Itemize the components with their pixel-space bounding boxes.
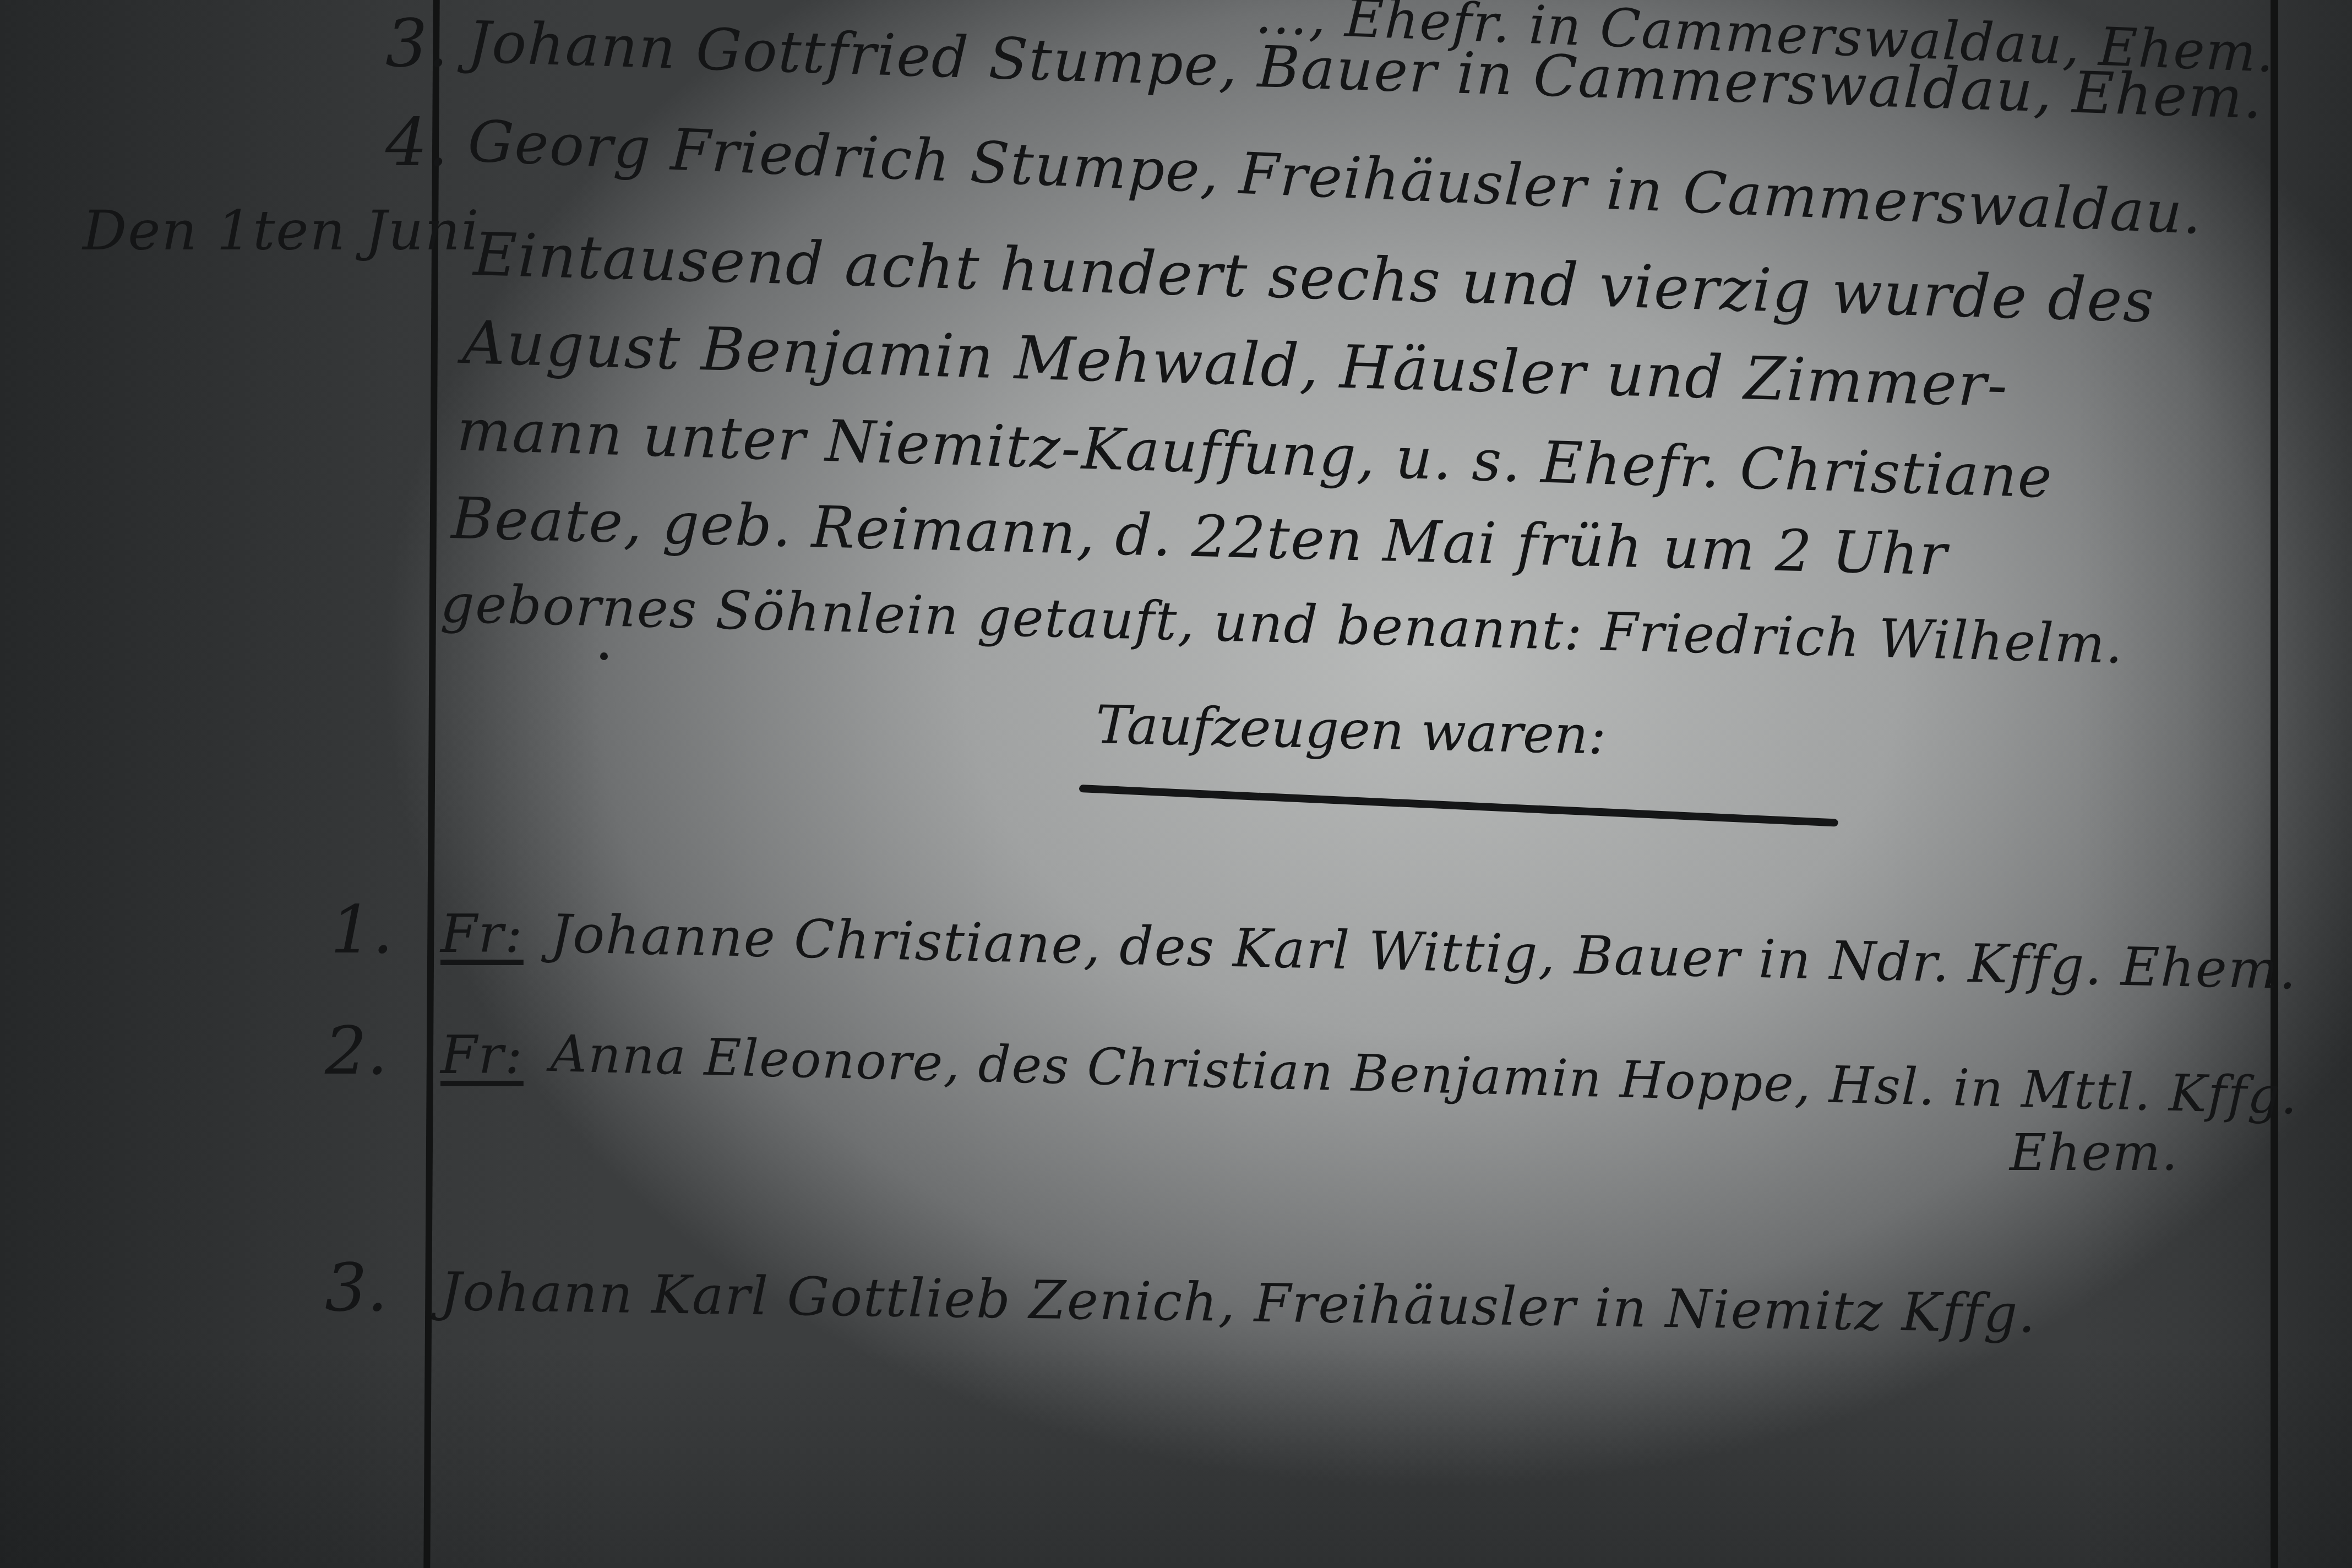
godparent-abbr: Fr: — [440, 1024, 524, 1086]
godparents-heading: Taufzeugen waren: — [1095, 694, 1607, 766]
entry-line-5: gebornes Söhnlein getauft, und benannt: … — [440, 573, 2125, 676]
godparent-number: 1. — [330, 892, 394, 968]
godparent-2: Anna Eleonore, des Christian Benjamin Ho… — [550, 1024, 2299, 1126]
right-ruling-line — [2271, 0, 2278, 1568]
godparent-1: Johanne Christiane, des Karl Wittig, Bau… — [550, 903, 2298, 1001]
margin-date: Den 1ten Juni — [83, 198, 480, 263]
register-page: …, Ehefr. in Cammerswaldau, Ehem. 3. Joh… — [0, 0, 2352, 1568]
godparent-number: 4. — [385, 105, 449, 181]
godparent-number: 3. — [325, 1250, 388, 1326]
heading-underline — [1079, 785, 1838, 827]
godparent-abbr: Fr: — [440, 903, 524, 965]
godparent-number: 3. — [385, 6, 449, 82]
ink-dot — [600, 652, 608, 660]
godparent-number: 2. — [325, 1013, 388, 1090]
previous-godparent-4: Georg Friedrich Stumpe, Freihäusler in C… — [466, 107, 2204, 247]
godparent-3: Johann Karl Gottlieb Zenich, Freihäusler… — [440, 1261, 2037, 1344]
godparent-2-continuation: Ehem. — [2010, 1123, 2179, 1182]
